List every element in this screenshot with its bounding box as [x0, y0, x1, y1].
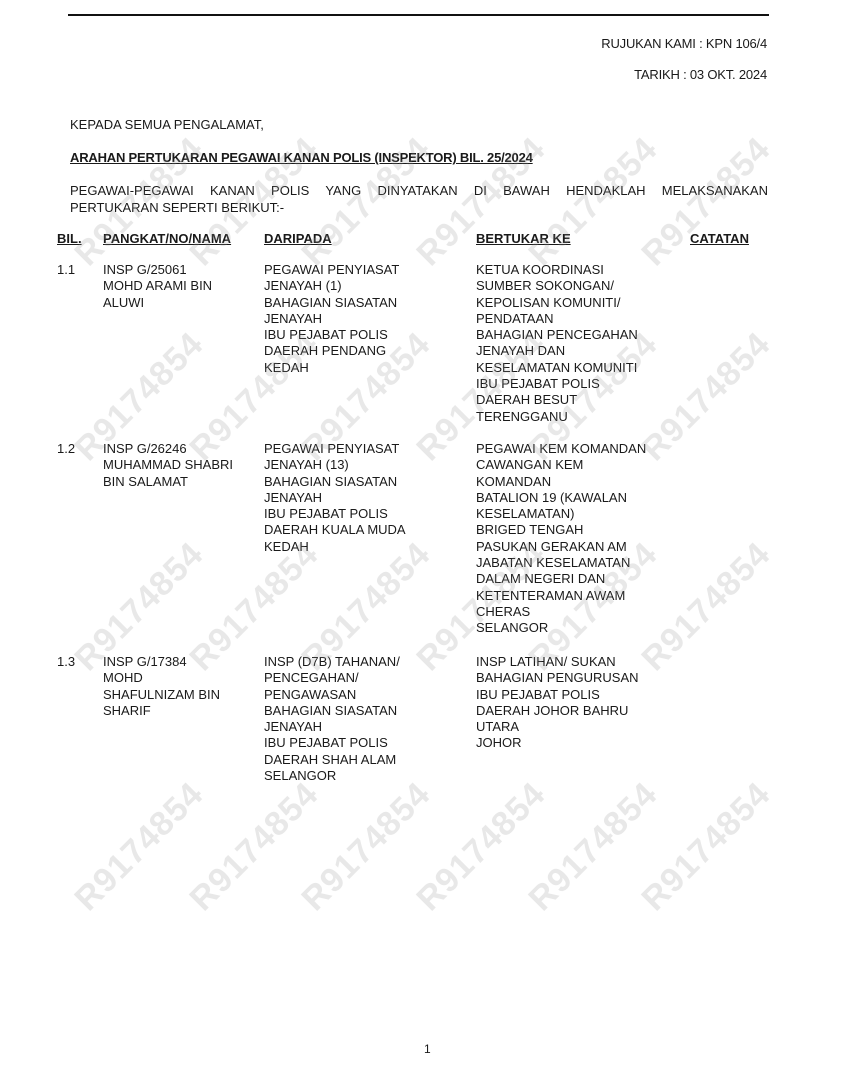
intro-line-1: PEGAWAI-PEGAWAI KANAN POLIS YANG DINYATA… — [70, 182, 768, 199]
officer-name-line: INSP G/25061 — [103, 262, 263, 278]
transfer-to: INSP LATIHAN/ SUKANBAHAGIAN PENGURUSANIB… — [476, 654, 706, 752]
transfer-to-line: KESELAMATAN KOMUNITI — [476, 360, 706, 376]
transfer-to-line: KETUA KOORDINASI — [476, 262, 706, 278]
officer-name-line: ALUWI — [103, 295, 263, 311]
transfer-from-line: PENCEGAHAN/ — [264, 670, 474, 686]
transfer-from-line: DAERAH KUALA MUDA — [264, 522, 474, 538]
transfer-to-line: CHERAS — [476, 604, 706, 620]
addressee: KEPADA SEMUA PENGALAMAT, — [70, 117, 264, 132]
officer-name-line: INSP G/17384 — [103, 654, 263, 670]
transfer-from-line: DAERAH SHAH ALAM — [264, 752, 474, 768]
officer-name-line: INSP G/26246 — [103, 441, 263, 457]
transfer-to-line: DAERAH BESUT — [476, 392, 706, 408]
transfer-from-line: JENAYAH (13) — [264, 457, 474, 473]
transfer-from-line: JENAYAH — [264, 311, 474, 327]
top-rule — [68, 14, 769, 16]
transfer-to-line: JOHOR — [476, 735, 706, 751]
transfer-from-line: JENAYAH (1) — [264, 278, 474, 294]
watermark-text: R9174854 — [409, 775, 553, 919]
transfer-to-line: IBU PEJABAT POLIS — [476, 376, 706, 392]
transfer-to-line: SELANGOR — [476, 620, 706, 636]
transfer-from-line: JENAYAH — [264, 490, 474, 506]
officer-name: INSP G/26246MUHAMMAD SHABRIBIN SALAMAT — [103, 441, 263, 490]
transfer-to-line: BRIGED TENGAH — [476, 522, 706, 538]
transfer-from-line: JENAYAH — [264, 719, 474, 735]
transfer-from-line: IBU PEJABAT POLIS — [264, 735, 474, 751]
transfer-to-line: TERENGGANU — [476, 409, 706, 425]
reference-number: RUJUKAN KAMI : KPN 106/4 — [601, 36, 767, 51]
officer-name-line: MOHD — [103, 670, 263, 686]
watermark-text: R9174854 — [294, 775, 438, 919]
transfer-to-line: BAHAGIAN PENGURUSAN — [476, 670, 706, 686]
header-notes: CATATAN — [690, 231, 749, 246]
page-number: 1 — [424, 1042, 431, 1056]
transfer-from-line: KEDAH — [264, 360, 474, 376]
transfer-from: INSP (D7B) TAHANAN/PENCEGAHAN/PENGAWASAN… — [264, 654, 474, 784]
officer-name: INSP G/25061MOHD ARAMI BINALUWI — [103, 262, 263, 311]
transfer-to-line: PASUKAN GERAKAN AM — [476, 539, 706, 555]
intro-line-2: PERTUKARAN SEPERTI BERIKUT:- — [70, 200, 284, 215]
transfer-to: KETUA KOORDINASISUMBER SOKONGAN/KEPOLISA… — [476, 262, 706, 425]
transfer-to-line: BAHAGIAN PENCEGAHAN — [476, 327, 706, 343]
watermark-text: R9174854 — [182, 775, 326, 919]
transfer-to-line: JABATAN KESELAMATAN — [476, 555, 706, 571]
officer-name-line: SHAFULNIZAM BIN — [103, 687, 263, 703]
transfer-from-line: KEDAH — [264, 539, 474, 555]
transfer-from-line: PEGAWAI PENYIASAT — [264, 262, 474, 278]
transfer-from-line: INSP (D7B) TAHANAN/ — [264, 654, 474, 670]
watermark-text: R9174854 — [634, 775, 778, 919]
transfer-to: PEGAWAI KEM KOMANDANCAWANGAN KEMKOMANDAN… — [476, 441, 706, 637]
transfer-to-line: KOMANDAN — [476, 474, 706, 490]
transfer-to-line: UTARA — [476, 719, 706, 735]
transfer-from-line: DAERAH PENDANG — [264, 343, 474, 359]
intro-paragraph: PEGAWAI-PEGAWAI KANAN POLIS YANG DINYATA… — [70, 182, 768, 216]
transfer-from: PEGAWAI PENYIASATJENAYAH (13)BAHAGIAN SI… — [264, 441, 474, 555]
header-bil: BIL. — [57, 231, 82, 246]
transfer-from-line: PEGAWAI PENYIASAT — [264, 441, 474, 457]
transfer-to-line: KEPOLISAN KOMUNITI/ — [476, 295, 706, 311]
document-title: ARAHAN PERTUKARAN PEGAWAI KANAN POLIS (I… — [70, 150, 533, 165]
transfer-to-line: DALAM NEGERI DAN — [476, 571, 706, 587]
header-from: DARIPADA — [264, 231, 332, 246]
transfer-from-line: IBU PEJABAT POLIS — [264, 327, 474, 343]
officer-name-line: MUHAMMAD SHABRI — [103, 457, 263, 473]
row-number: 1.3 — [57, 654, 75, 670]
transfer-from-line: BAHAGIAN SIASATAN — [264, 295, 474, 311]
header-to: BERTUKAR KE — [476, 231, 571, 246]
transfer-to-line: KESELAMATAN) — [476, 506, 706, 522]
watermark-text: R9174854 — [521, 775, 665, 919]
transfer-from-line: PENGAWASAN — [264, 687, 474, 703]
transfer-to-line: INSP LATIHAN/ SUKAN — [476, 654, 706, 670]
transfer-to-line: JENAYAH DAN — [476, 343, 706, 359]
transfer-to-line: KETENTERAMAN AWAM — [476, 588, 706, 604]
transfer-to-line: PENDATAAN — [476, 311, 706, 327]
row-number: 1.1 — [57, 262, 75, 278]
transfer-from-line: BAHAGIAN SIASATAN — [264, 703, 474, 719]
row-number: 1.2 — [57, 441, 75, 457]
transfer-from-line: SELANGOR — [264, 768, 474, 784]
header-name: PANGKAT/NO/NAMA — [103, 231, 231, 246]
officer-name: INSP G/17384MOHDSHAFULNIZAM BINSHARIF — [103, 654, 263, 719]
transfer-from-line: BAHAGIAN SIASATAN — [264, 474, 474, 490]
transfer-to-line: CAWANGAN KEM — [476, 457, 706, 473]
transfer-to-line: IBU PEJABAT POLIS — [476, 687, 706, 703]
watermark-text: R9174854 — [67, 775, 211, 919]
document-date: TARIKH : 03 OKT. 2024 — [634, 67, 767, 82]
officer-name-line: SHARIF — [103, 703, 263, 719]
transfer-to-line: BATALION 19 (KAWALAN — [476, 490, 706, 506]
transfer-from: PEGAWAI PENYIASATJENAYAH (1)BAHAGIAN SIA… — [264, 262, 474, 376]
transfer-to-line: SUMBER SOKONGAN/ — [476, 278, 706, 294]
transfer-to-line: DAERAH JOHOR BAHRU — [476, 703, 706, 719]
officer-name-line: MOHD ARAMI BIN — [103, 278, 263, 294]
officer-name-line: BIN SALAMAT — [103, 474, 263, 490]
transfer-to-line: PEGAWAI KEM KOMANDAN — [476, 441, 706, 457]
transfer-from-line: IBU PEJABAT POLIS — [264, 506, 474, 522]
